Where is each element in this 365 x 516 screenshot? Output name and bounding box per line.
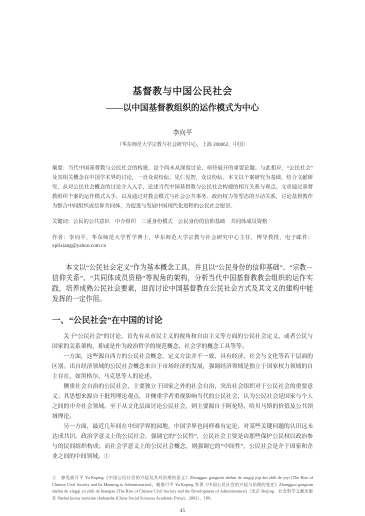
section-1-paragraph-3: 侧重社会自治的公民社会，主要独立于国家之外的社会自治，突出社会组织对于公民社会的… (52, 382, 313, 422)
paper-subtitle: ——以中国基督教组织的运作模式为中心 (52, 101, 313, 114)
keywords-line: 关键词：公民的公共意识 中介组织 三重身份模式 公民身份的信仰基础 共同体成员资… (52, 218, 313, 226)
scanned-paper-viewport: 基督教与中国公民社会 ——以中国基督教组织的运作模式为中心 李向平 （华东师范大… (0, 0, 365, 516)
paper-page: 基督教与中国公民社会 ——以中国基督教组织的运作模式为中心 李向平 （华东师范大… (0, 0, 365, 516)
page-number: 45 (52, 508, 313, 514)
author-bio: 作者：李向平，华东师范大学哲学博士，华东师范大学宗教与社会研究中心主任，博导教授… (52, 234, 313, 250)
intro-paragraph: 本文以“公民社会定义”作为基本概念工具，并且以“公民身份的信仰基础”、“宗教－信… (52, 262, 313, 304)
footnote-citation: ① 参见俞可平 Yu Keping《中国公民社会的兴起及其对治理的意义》Zhon… (52, 475, 313, 502)
section-1-paragraph-4: 另一方面，最近几年间在中国学界的园地，中国学界也同样难有定论，对某些关键问题的认… (52, 422, 313, 462)
section-1-paragraph-2: 一方面，这些源自西方的公民社会概念，定义方法并不一致，具有经济、社会与文化等若干… (52, 352, 313, 382)
section-1-paragraph-1: 关于“公民社会”的讨论，首先有从市民主义的视角和自由主义等方面的公民社会定义，或… (52, 332, 313, 352)
author-affiliation: （华东师范大学宗教与社会研究中心，上海 200062，中国） (52, 140, 313, 148)
section-1-heading: 一、“公民社会”在中国的讨论 (52, 313, 313, 326)
paper-title: 基督教与中国公民社会 (52, 84, 313, 98)
abstract-paragraph: 摘要：当代中国基督教与公民社会的构建，是个尚未从深度讨论、亟待展开的重要论题。与… (52, 164, 313, 212)
author-name: 李向平 (52, 127, 313, 137)
